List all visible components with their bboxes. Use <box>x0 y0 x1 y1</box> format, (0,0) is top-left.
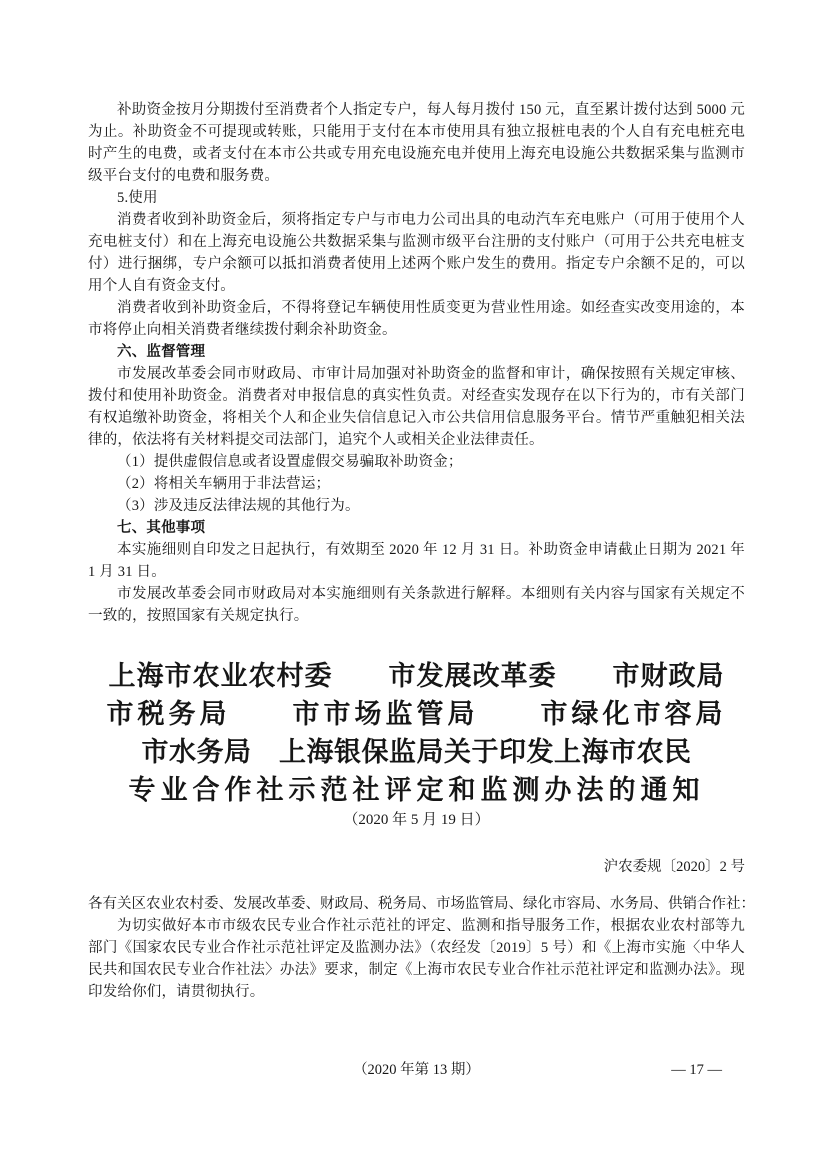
notice-date: （2020 年 5 月 19 日） <box>88 809 745 831</box>
notice-body-paragraph: 为切实做好本市市级农民专业合作社示范社的评定、监测和指导服务工作，根据农业农村部… <box>88 915 745 1003</box>
addressee-line: 各有关区农业农村委、发展改革委、财政局、税务局、市场监管局、绿化市容局、水务局、… <box>88 893 745 915</box>
list-item-3: （3）涉及违反法律法规的其他行为。 <box>88 495 745 517</box>
issue-label: （2020 年第 13 期） <box>88 1059 745 1081</box>
paragraph: 市发展改革委会同市财政局对本实施细则有关条款进行解释。本细则有关内容与国家有关规… <box>88 583 745 627</box>
notice-title-line: 上海市农业农村委 市发展改革委 市财政局 <box>88 657 745 695</box>
notice-title-line: 市税务局 市市场监管局 市绿化市容局 <box>88 695 745 733</box>
section-heading-supervision: 六、监督管理 <box>88 341 745 363</box>
list-item-1: （1）提供虚假信息或者设置虚假交易骗取补助资金； <box>88 451 745 473</box>
paragraph: 本实施细则自印发之日起执行，有效期至 2020 年 12 月 31 日。补助资金… <box>88 539 745 583</box>
list-item-use: 5.使用 <box>88 187 745 209</box>
page-footer: （2020 年第 13 期） — 17 — <box>88 1059 745 1081</box>
list-item-2: （2）将相关车辆用于非法营运； <box>88 473 745 495</box>
paragraph: 市发展改革委会同市财政局、市审计局加强对补助资金的监督和审计，确保按照有关规定审… <box>88 363 745 451</box>
document-number: 沪农委规〔2020〕2 号 <box>88 856 745 878</box>
document-page: 补助资金按月分期拨付至消费者个人指定专户，每人每月拨付 150 元，直至累计拨付… <box>0 0 827 1170</box>
notice-title-line: 市水务局 上海银保监局关于印发上海市农民 <box>88 733 745 771</box>
page-number: — 17 — <box>671 1059 722 1081</box>
paragraph: 消费者收到补助资金后，不得将登记车辆使用性质变更为营业性用途。如经查实改变用途的… <box>88 297 745 341</box>
paragraph: 补助资金按月分期拨付至消费者个人指定专户，每人每月拨付 150 元，直至累计拨付… <box>88 99 745 187</box>
notice-title: 上海市农业农村委 市发展改革委 市财政局 市税务局 市市场监管局 市绿化市容局 … <box>88 657 745 809</box>
paragraph: 消费者收到补助资金后，须将指定专户与市电力公司出具的电动汽车充电账户（可用于使用… <box>88 209 745 297</box>
notice-title-line: 专业合作社示范社评定和监测办法的通知 <box>88 771 745 809</box>
document-content: 补助资金按月分期拨付至消费者个人指定专户，每人每月拨付 150 元，直至累计拨付… <box>88 0 745 1003</box>
section-heading-other: 七、其他事项 <box>88 517 745 539</box>
